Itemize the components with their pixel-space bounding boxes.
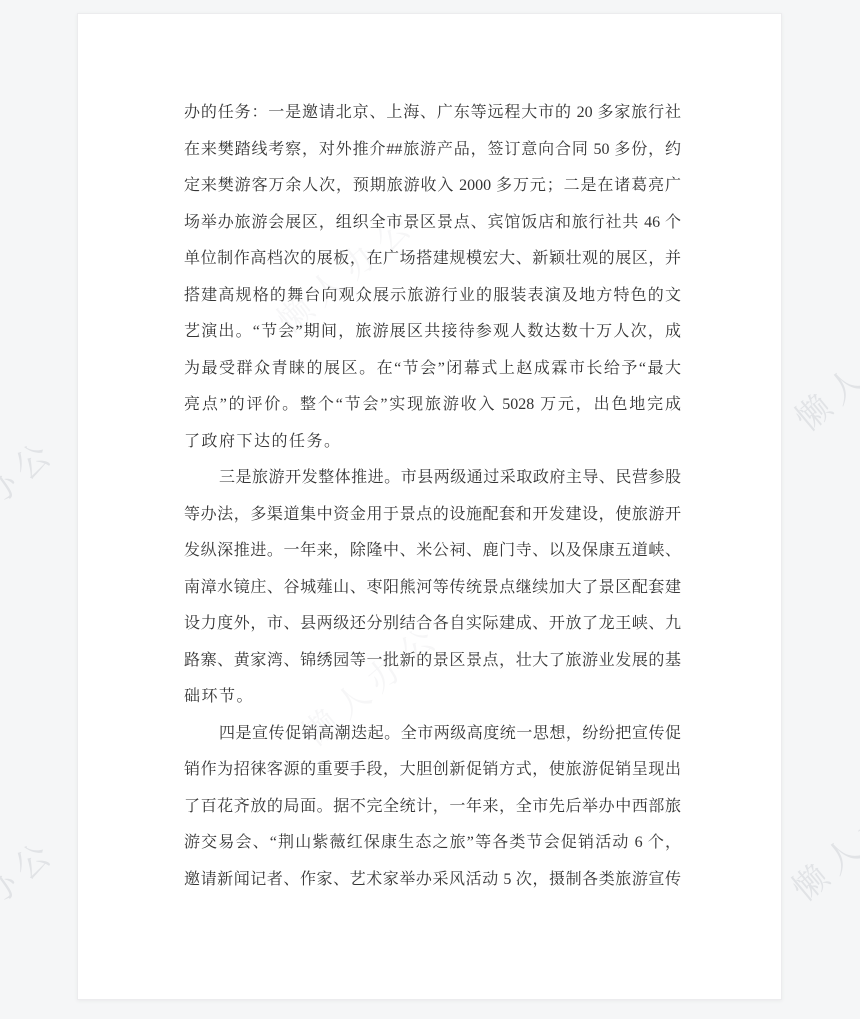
- text-line: 三是旅游开发整体推进。市县两级通过采取政府主导、民营参股: [184, 460, 681, 497]
- text-line: 亮点”的评价。整个“节会”实现旅游收入 5028 万元，出色地完成: [184, 387, 681, 424]
- text-line: 南漳水镜庄、谷城薤山、枣阳熊河等传统景点继续加大了景区配套建: [184, 570, 681, 607]
- watermark-text: 懒人办公: [0, 825, 65, 971]
- watermark-text: 懒人办公: [780, 765, 860, 911]
- text-line: 等办法，多渠道集中资金用于景点的设施配套和开发建设，使旅游开: [184, 497, 681, 534]
- text-line: 为最受群众青睐的展区。在“节会”闭幕式上赵成霖市长给予“最大: [184, 351, 681, 388]
- text-line: 销作为招徕客源的重要手段，大胆创新促销方式，使旅游促销呈现出: [184, 752, 681, 789]
- watermark-text: 懒人办公: [783, 295, 860, 441]
- text-line: 了百花齐放的局面。据不完全统计，一年来，全市先后举办中西部旅: [184, 789, 681, 826]
- text-line: 路寨、黄家湾、锦绣园等一批新的景区景点，壮大了旅游业发展的基: [184, 643, 681, 680]
- watermark-text: 懒人办公: [0, 425, 65, 571]
- text-line: 四是宣传促销高潮迭起。全市两级高度统一思想，纷纷把宣传促: [184, 716, 681, 753]
- text-line: 邀请新闻记者、作家、艺术家举办采风活动 5 次，摄制各类旅游宣传: [184, 862, 681, 899]
- text-line: 发纵深推进。一年来，除隆中、米公祠、鹿门寺、以及保康五道峡、: [184, 533, 681, 570]
- text-line: 在来樊踏线考察，对外推介##旅游产品，签订意向合同 50 多份，约: [184, 132, 681, 169]
- text-line: 艺演出。“节会”期间，旅游展区共接待参观人数达数十万人次，成: [184, 314, 681, 351]
- text-line: 游交易会、“荆山紫薇红保康生态之旅”等各类节会促销活动 6 个，: [184, 825, 681, 862]
- text-line: 场举办旅游会展区，组织全市景区景点、宾馆饭店和旅行社共 46 个: [184, 205, 681, 242]
- text-line: 搭建高规格的舞台向观众展示旅游行业的服装表演及地方特色的文: [184, 278, 681, 315]
- document-page: 办的任务：一是邀请北京、上海、广东等远程大市的 20 多家旅行社在来樊踏线考察，…: [77, 13, 782, 1000]
- text-line: 了政府下达的任务。: [184, 424, 681, 461]
- text-line: 单位制作高档次的展板，在广场搭建规模宏大、新颖壮观的展区，并: [184, 241, 681, 278]
- document-body: 办的任务：一是邀请北京、上海、广东等远程大市的 20 多家旅行社在来樊踏线考察，…: [184, 95, 681, 898]
- text-line: 础环节。: [184, 679, 681, 716]
- text-line: 办的任务：一是邀请北京、上海、广东等远程大市的 20 多家旅行社: [184, 95, 681, 132]
- document-canvas: 懒人办公 懒人办公 懒人办公 懒人办公 懒人办公 懒人办公 办的任务：一是邀请北…: [0, 0, 860, 1019]
- text-line: 定来樊游客万余人次，预期旅游收入 2000 多万元；二是在诸葛亮广: [184, 168, 681, 205]
- text-line: 设力度外，市、县两级还分别结合各自实际建成、开放了龙王峡、九: [184, 606, 681, 643]
